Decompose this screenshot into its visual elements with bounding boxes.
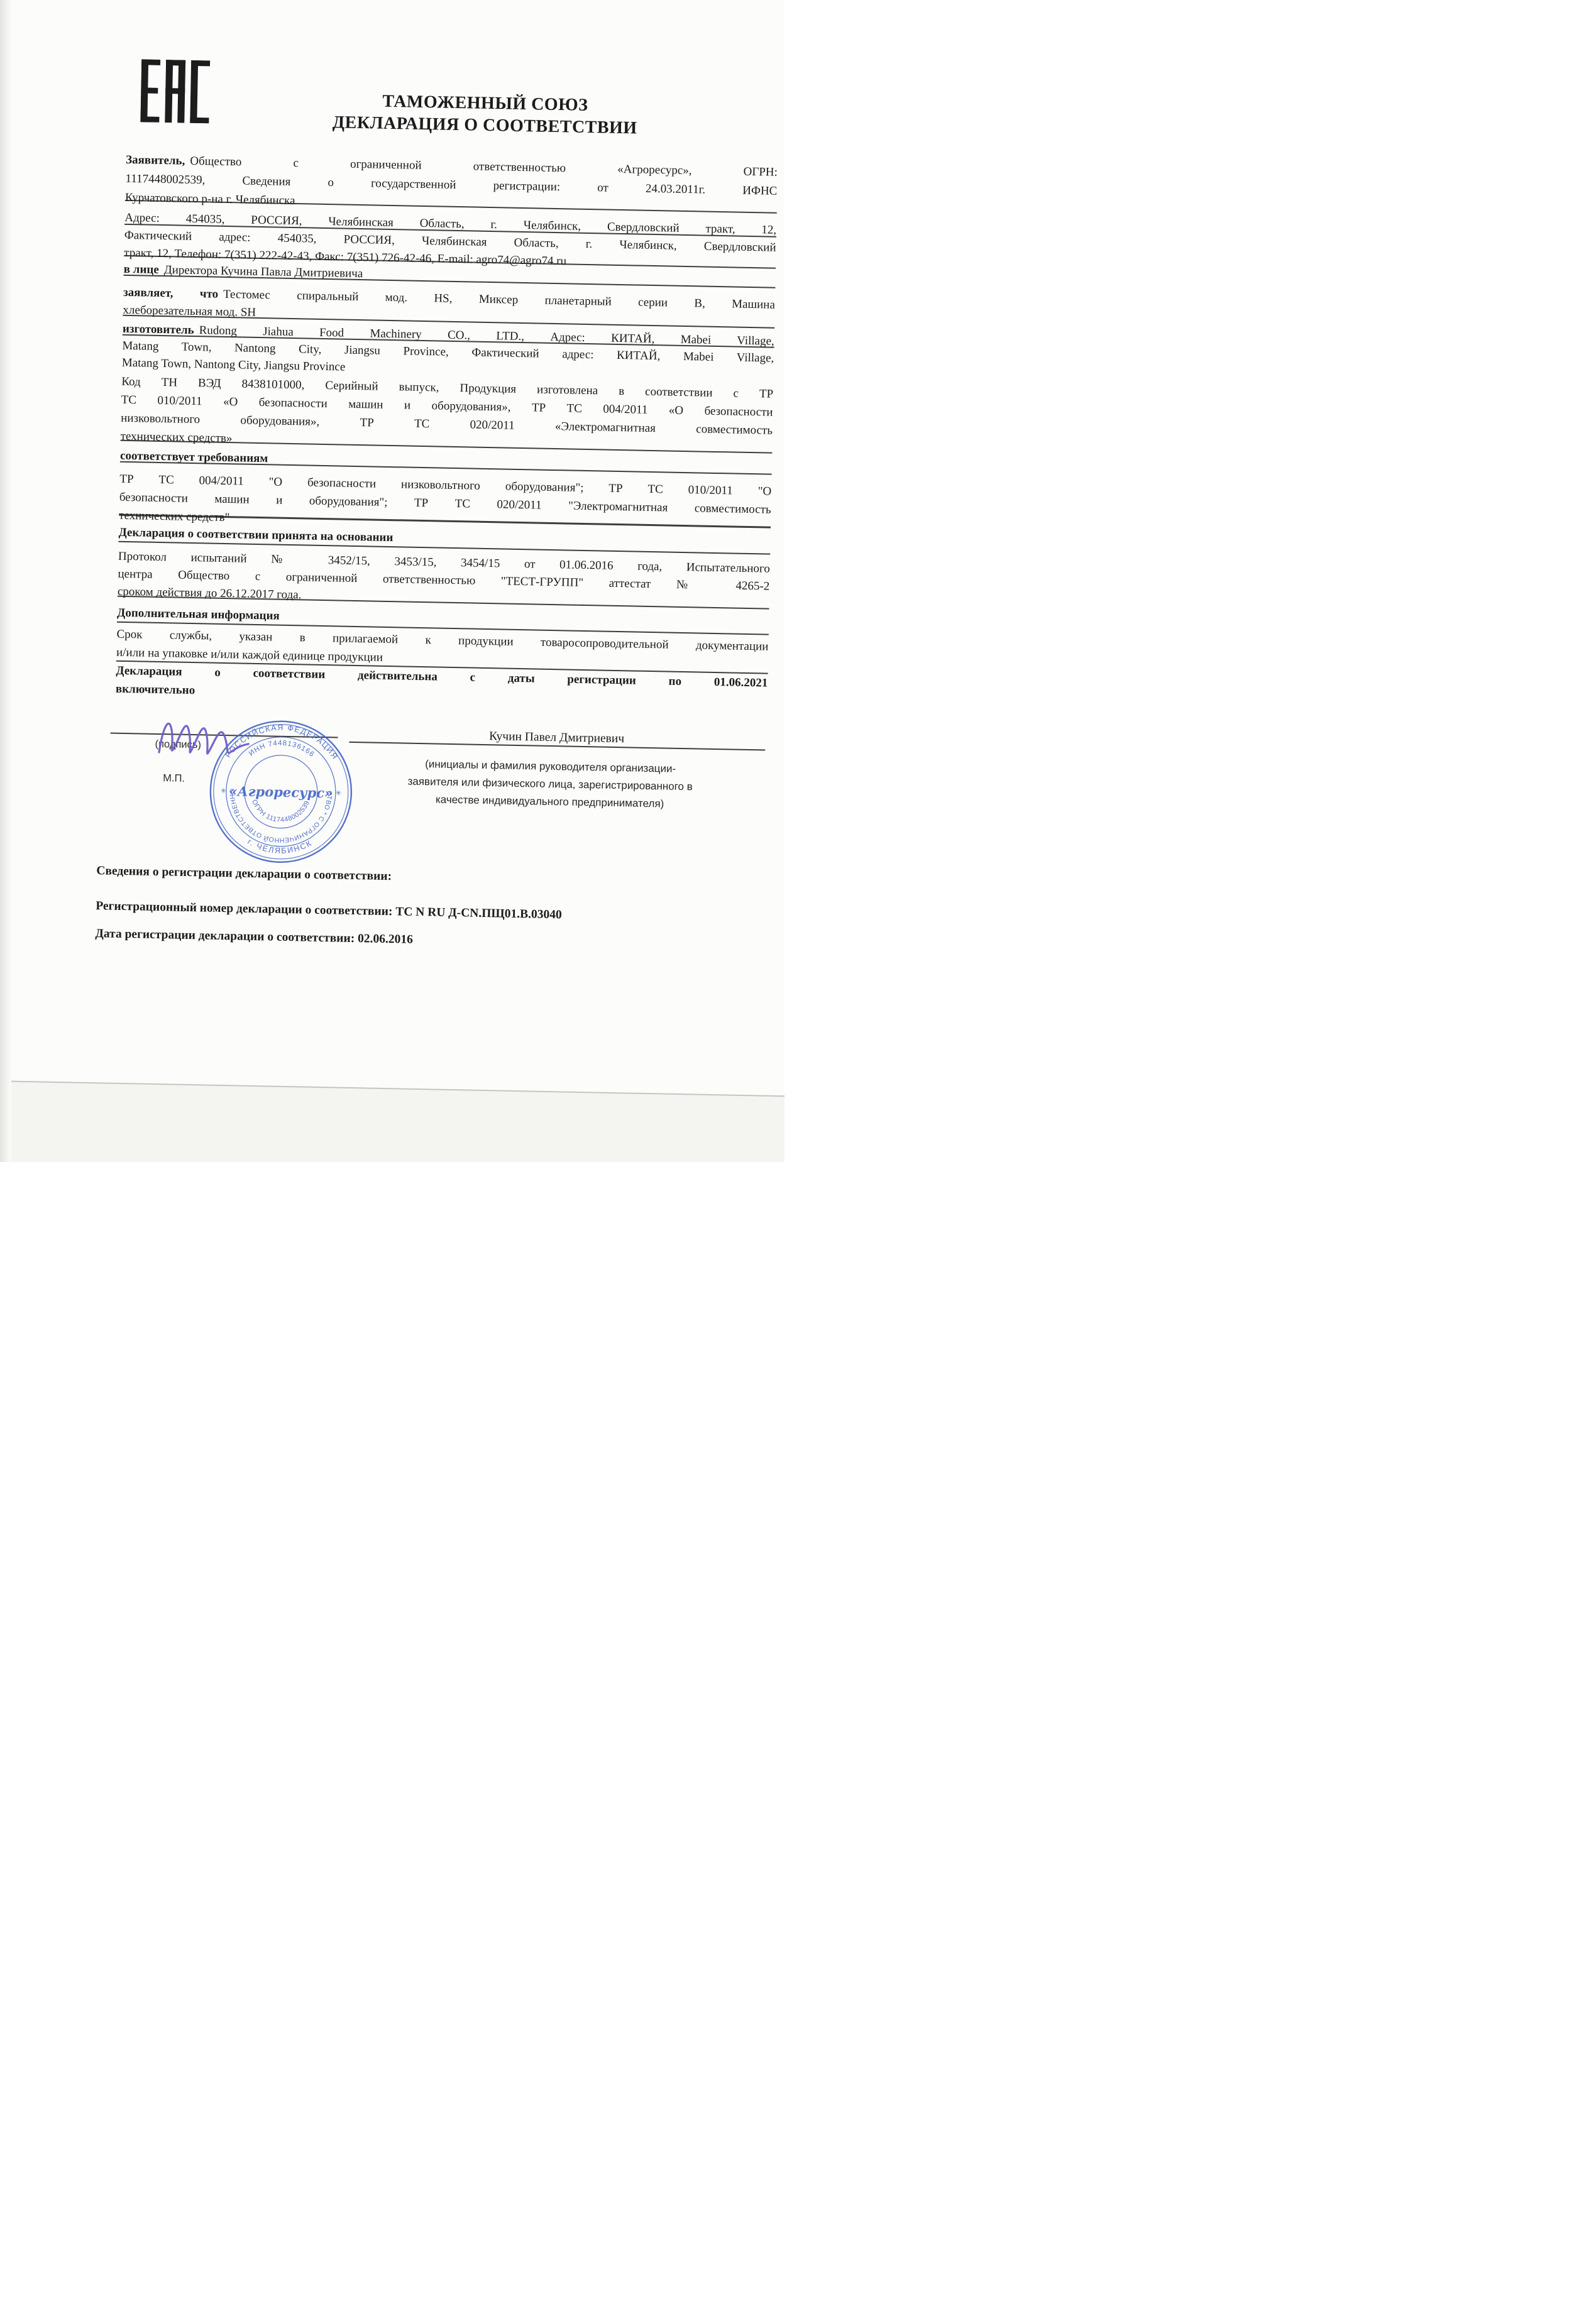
document-title: ТАМОЖЕННЫЙ СОЮЗ ДЕКЛАРАЦИЯ О СООТВЕТСТВИ… [268,88,702,140]
scanner-edge [0,0,11,1162]
eac-logo: ЕАС [140,59,211,123]
registration-number: Регистрационный номер декларации о соотв… [96,899,762,926]
field-label: изготовитель [123,322,194,337]
field-declaration-basis: Протокол испытаний № 3452/15, 3453/15, 3… [118,548,770,613]
field-label: Заявитель, [126,153,185,168]
handwritten-signature [154,711,256,770]
stamp-star-right: ✳ [336,789,341,797]
signature-caption: (инициалы и фамилия руководителя организ… [338,754,761,815]
field-zayavitel: Заявитель,Общество с ограниченной ответс… [125,151,778,220]
stamp-star-left: ✳ [221,787,226,795]
field-tnved: Код ТН ВЭД 8438101000, Серийный выпуск, … [120,373,773,458]
scanned-declaration-page: ЕАС ТАМОЖЕННЫЙ СОЮЗ ДЕКЛАРАЦИЯ О СООТВЕТ… [0,0,784,1162]
field-label: в лице [124,263,159,277]
registration-date: Дата регистрации декларации о соответств… [95,927,761,953]
field-label: заявляет, что [123,286,218,301]
stamp-place-label: М.П. [163,772,185,785]
sheet-content: ЕАС ТАМОЖЕННЫЙ СОЮЗ ДЕКЛАРАЦИЯ О СООТВЕТ… [0,0,784,1162]
stamp-center-name: «Агроресурс» [229,783,333,801]
paper-bottom-edge [0,1079,784,1162]
registration-info-heading: Сведения о регистрации декларации о соот… [96,864,762,891]
